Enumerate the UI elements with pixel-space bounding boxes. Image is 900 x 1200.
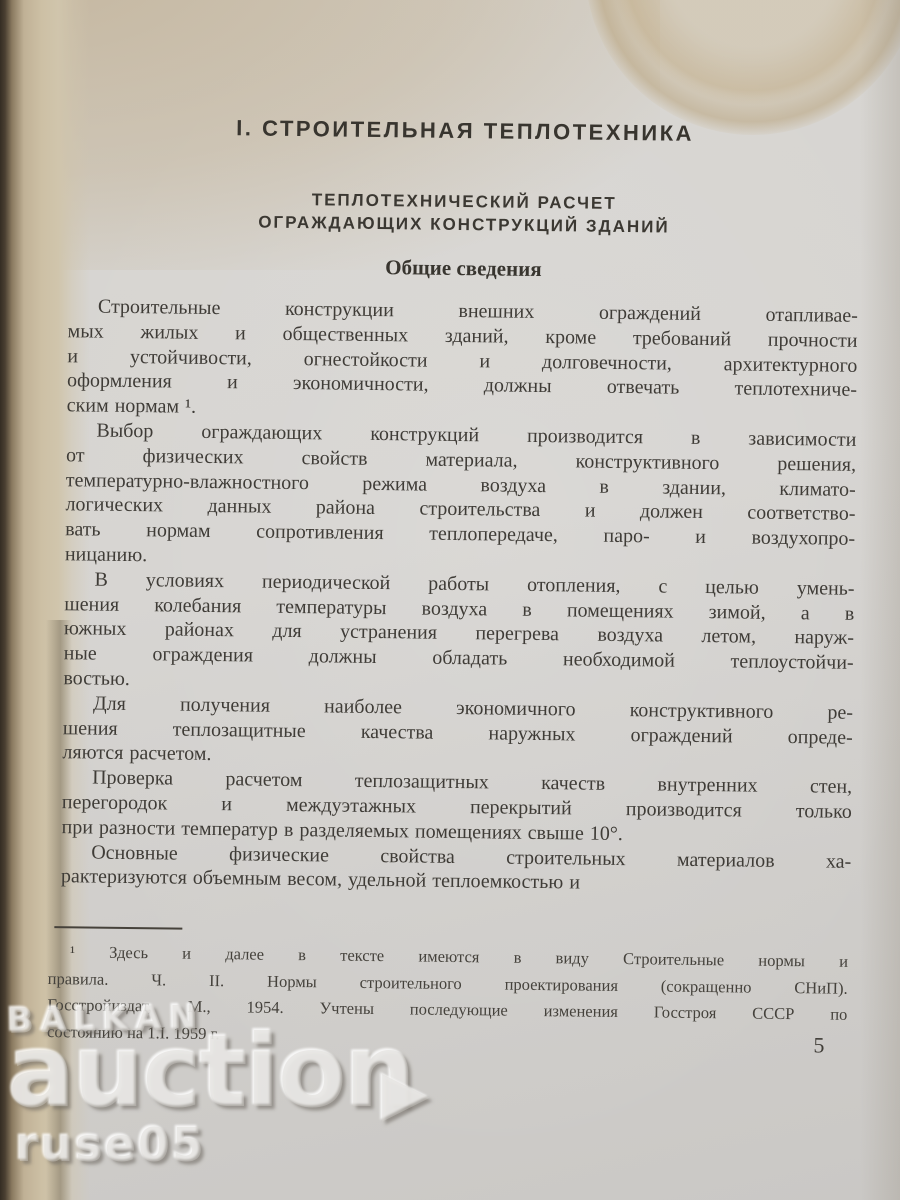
book-photo: I. СТРОИТЕЛЬНАЯ ТЕПЛОТЕХНИКА ТЕПЛОТЕХНИЧ… xyxy=(0,0,900,1200)
body-paragraph: Основные физические свойства строительны… xyxy=(61,840,852,899)
body-paragraph: В условиях периодической работы отоплени… xyxy=(63,567,854,701)
body-paragraph: Для получения наиболее экономичного конс… xyxy=(62,691,853,775)
footnote-divider xyxy=(54,926,182,930)
body-paragraph: Строительные конструкции внешних огражде… xyxy=(67,294,858,428)
section-heading: ТЕПЛОТЕХНИЧЕСКИЙ РАСЧЕТ ОГРАЖДАЮЩИХ КОНС… xyxy=(69,185,860,241)
footnote: ¹ Здесь и далее в тексте имеются в виду … xyxy=(47,939,848,1055)
body-paragraph: Проверка расчетом теплозащитных качеств … xyxy=(61,765,852,849)
body-text-block: Строительные конструкции внешних огражде… xyxy=(61,294,858,899)
page-number: 5 xyxy=(789,1032,849,1059)
chapter-heading: I. СТРОИТЕЛЬНАЯ ТЕПЛОТЕХНИКА xyxy=(70,113,860,149)
body-paragraph: Выбор ограждающих конструкций производит… xyxy=(65,418,857,576)
book-page: I. СТРОИТЕЛЬНАЯ ТЕПЛОТЕХНИКА ТЕПЛОТЕХНИЧ… xyxy=(0,0,900,1200)
subsection-heading: Общие сведения xyxy=(68,251,858,286)
